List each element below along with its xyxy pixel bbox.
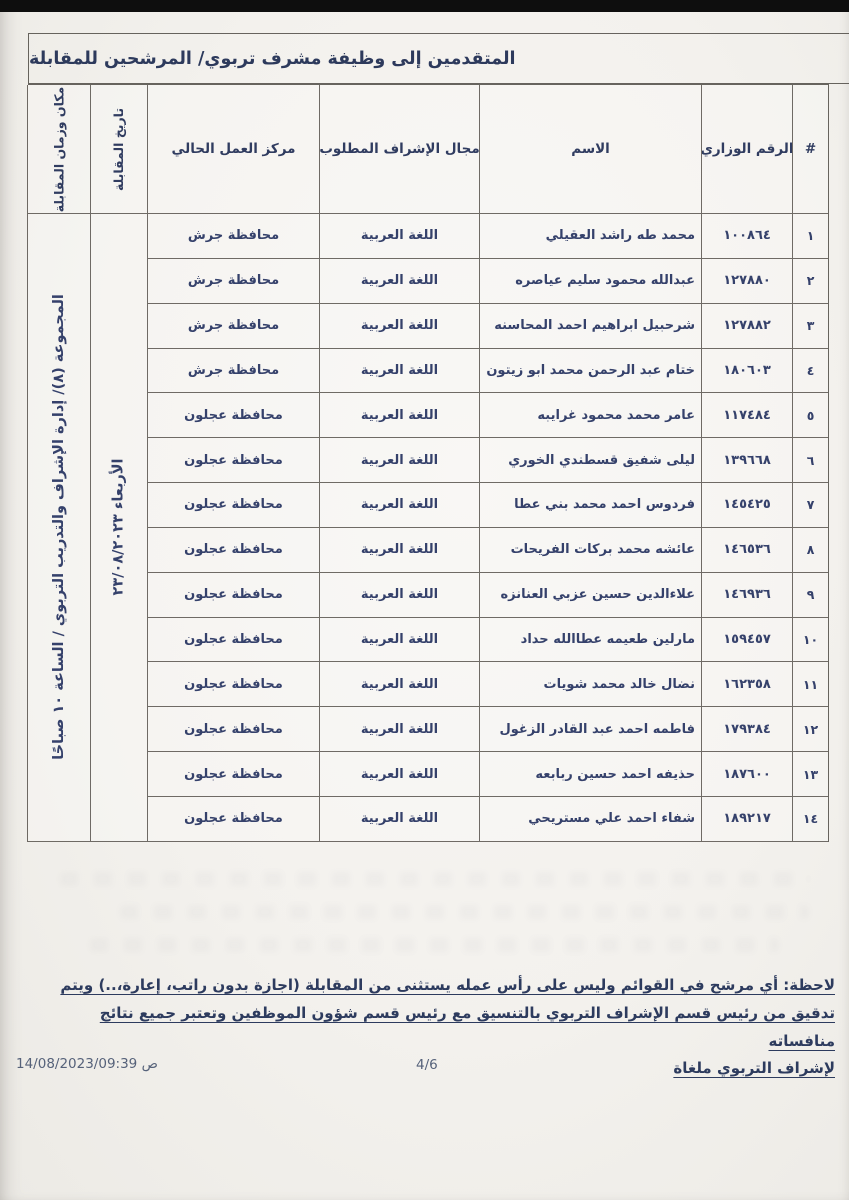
cell-work-center: محافظة عجلون	[147, 752, 319, 797]
cell-supervision-field: اللغة العربية	[319, 528, 479, 573]
page-number-indicator: 4/6	[416, 1057, 438, 1073]
cell-supervision-field: اللغة العربية	[319, 752, 479, 797]
merged-cell-interview-place-time: المجموعة (٨)/ إدارة الإشراف والتدريب الت…	[27, 214, 90, 842]
cell-candidate-name: عبدالله محمود سليم عياصره	[479, 259, 701, 304]
cell-candidate-name: مارلين طعيمه عطاالله حداد	[479, 618, 701, 663]
column-header-interview-place-time-label: مكان وزمان المقابلة	[51, 86, 66, 212]
cell-ministry-number: ١٤٦٩٣٦	[701, 573, 792, 618]
column-header-interview-date-label: تاريخ المقابلة	[111, 107, 126, 190]
cell-candidate-name: حذيفه احمد حسين ربابعه	[479, 752, 701, 797]
column-header-ministry-number: الرقم الوزاري	[701, 85, 792, 214]
cell-row-index: ١٤	[792, 797, 828, 842]
footnote: لاحظة: أي مرشح في القوائم وليس على رأس ع…	[55, 972, 835, 1083]
scan-artifact	[120, 905, 809, 919]
document-title-box: المتقدمين إلى وظيفة مشرف تربوي/ المرشحين…	[28, 33, 849, 84]
cell-supervision-field: اللغة العربية	[319, 438, 479, 483]
cell-ministry-number: ١٤٦٥٣٦	[701, 528, 792, 573]
cell-work-center: محافظة جرش	[147, 259, 319, 304]
cell-work-center: محافظة عجلون	[147, 573, 319, 618]
cell-work-center: محافظة عجلون	[147, 797, 319, 842]
cell-row-index: ٩	[792, 573, 828, 618]
cell-ministry-number: ١١٧٤٨٤	[701, 393, 792, 438]
candidates-table: # الرقم الوزاري الاسم مجال الإشراف المطل…	[28, 84, 829, 842]
scan-top-black-bar	[0, 0, 849, 12]
cell-candidate-name: شفاء احمد علي مستريحي	[479, 797, 701, 842]
cell-row-index: ٥	[792, 393, 828, 438]
column-header-work-center: مركز العمل الحالي	[147, 85, 319, 214]
cell-supervision-field: اللغة العربية	[319, 662, 479, 707]
cell-supervision-field: اللغة العربية	[319, 259, 479, 304]
scan-artifact	[60, 872, 809, 886]
footnote-line-2: تدقيق من رئيس قسم الإشراف التربوي بالتنس…	[55, 1000, 835, 1056]
cell-row-index: ١	[792, 214, 828, 259]
footnote-line-1: لاحظة: أي مرشح في القوائم وليس على رأس ع…	[55, 972, 835, 1000]
cell-row-index: ١٣	[792, 752, 828, 797]
page-title: المتقدمين إلى وظيفة مشرف تربوي/ المرشحين…	[29, 49, 516, 69]
cell-supervision-field: اللغة العربية	[319, 707, 479, 752]
cell-work-center: محافظة عجلون	[147, 618, 319, 663]
cell-work-center: محافظة عجلون	[147, 438, 319, 483]
interview-date-value: الأربعاء ٢٣/٠٨/٢٠٢٣	[111, 459, 127, 596]
cell-supervision-field: اللغة العربية	[319, 349, 479, 394]
cell-ministry-number: ١٥٩٤٥٧	[701, 618, 792, 663]
cell-ministry-number: ١٨٧٦٠٠	[701, 752, 792, 797]
merged-cell-interview-date: الأربعاء ٢٣/٠٨/٢٠٢٣	[90, 214, 147, 842]
column-header-interview-date: تاريخ المقابلة	[90, 85, 147, 214]
print-timestamp: 14/08/2023/09:39 ص	[16, 1056, 158, 1072]
cell-candidate-name: علاءالدين حسين عزبي العنانزه	[479, 573, 701, 618]
cell-candidate-name: فردوس احمد محمد بني عطا	[479, 483, 701, 528]
cell-candidate-name: ختام عبد الرحمن محمد ابو زيتون	[479, 349, 701, 394]
cell-work-center: محافظة عجلون	[147, 483, 319, 528]
cell-row-index: ٧	[792, 483, 828, 528]
cell-work-center: محافظة عجلون	[147, 707, 319, 752]
cell-row-index: ٤	[792, 349, 828, 394]
cell-supervision-field: اللغة العربية	[319, 214, 479, 259]
cell-row-index: ٢	[792, 259, 828, 304]
cell-candidate-name: نضال خالد محمد شويات	[479, 662, 701, 707]
cell-supervision-field: اللغة العربية	[319, 797, 479, 842]
interview-place-time-value: المجموعة (٨)/ إدارة الإشراف والتدريب الت…	[51, 295, 67, 761]
cell-work-center: محافظة جرش	[147, 349, 319, 394]
cell-ministry-number: ١٧٩٣٨٤	[701, 707, 792, 752]
cell-ministry-number: ١٢٧٨٨٢	[701, 304, 792, 349]
cell-work-center: محافظة عجلون	[147, 528, 319, 573]
cell-candidate-name: عامر محمد محمود غرايبه	[479, 393, 701, 438]
cell-work-center: محافظة جرش	[147, 304, 319, 349]
scanned-document-page: المتقدمين إلى وظيفة مشرف تربوي/ المرشحين…	[0, 0, 849, 1200]
cell-row-index: ١٠	[792, 618, 828, 663]
cell-ministry-number: ١٨٠٦٠٣	[701, 349, 792, 394]
cell-ministry-number: ١٠٠٨٦٤	[701, 214, 792, 259]
cell-work-center: محافظة عجلون	[147, 662, 319, 707]
cell-candidate-name: شرحبيل ابراهيم احمد المحاسنه	[479, 304, 701, 349]
cell-ministry-number: ١٨٩٢١٧	[701, 797, 792, 842]
cell-supervision-field: اللغة العربية	[319, 393, 479, 438]
cell-row-index: ١١	[792, 662, 828, 707]
column-header-supervision-field: مجال الإشراف المطلوب	[319, 85, 479, 214]
cell-ministry-number: ١٣٩٦٦٨	[701, 438, 792, 483]
cell-row-index: ٦	[792, 438, 828, 483]
cell-row-index: ٣	[792, 304, 828, 349]
cell-ministry-number: ١٦٢٣٥٨	[701, 662, 792, 707]
cell-supervision-field: اللغة العربية	[319, 483, 479, 528]
footnote-line-3: لإشراف التربوي ملغاة	[55, 1055, 835, 1083]
column-header-index: #	[792, 85, 828, 214]
cell-candidate-name: فاطمه احمد عبد القادر الزغول	[479, 707, 701, 752]
column-header-interview-place-time: مكان وزمان المقابلة	[27, 85, 90, 214]
cell-candidate-name: ليلى شفيق قسطندي الخوري	[479, 438, 701, 483]
cell-candidate-name: محمد طه راشد العقيلي	[479, 214, 701, 259]
column-header-name: الاسم	[479, 85, 701, 214]
cell-row-index: ٨	[792, 528, 828, 573]
cell-ministry-number: ١٤٥٤٢٥	[701, 483, 792, 528]
cell-candidate-name: عائشه محمد بركات الفريحات	[479, 528, 701, 573]
cell-row-index: ١٢	[792, 707, 828, 752]
scan-artifact	[90, 938, 779, 952]
cell-work-center: محافظة عجلون	[147, 393, 319, 438]
cell-supervision-field: اللغة العربية	[319, 573, 479, 618]
cell-ministry-number: ١٢٧٨٨٠	[701, 259, 792, 304]
cell-work-center: محافظة جرش	[147, 214, 319, 259]
cell-supervision-field: اللغة العربية	[319, 304, 479, 349]
cell-supervision-field: اللغة العربية	[319, 618, 479, 663]
